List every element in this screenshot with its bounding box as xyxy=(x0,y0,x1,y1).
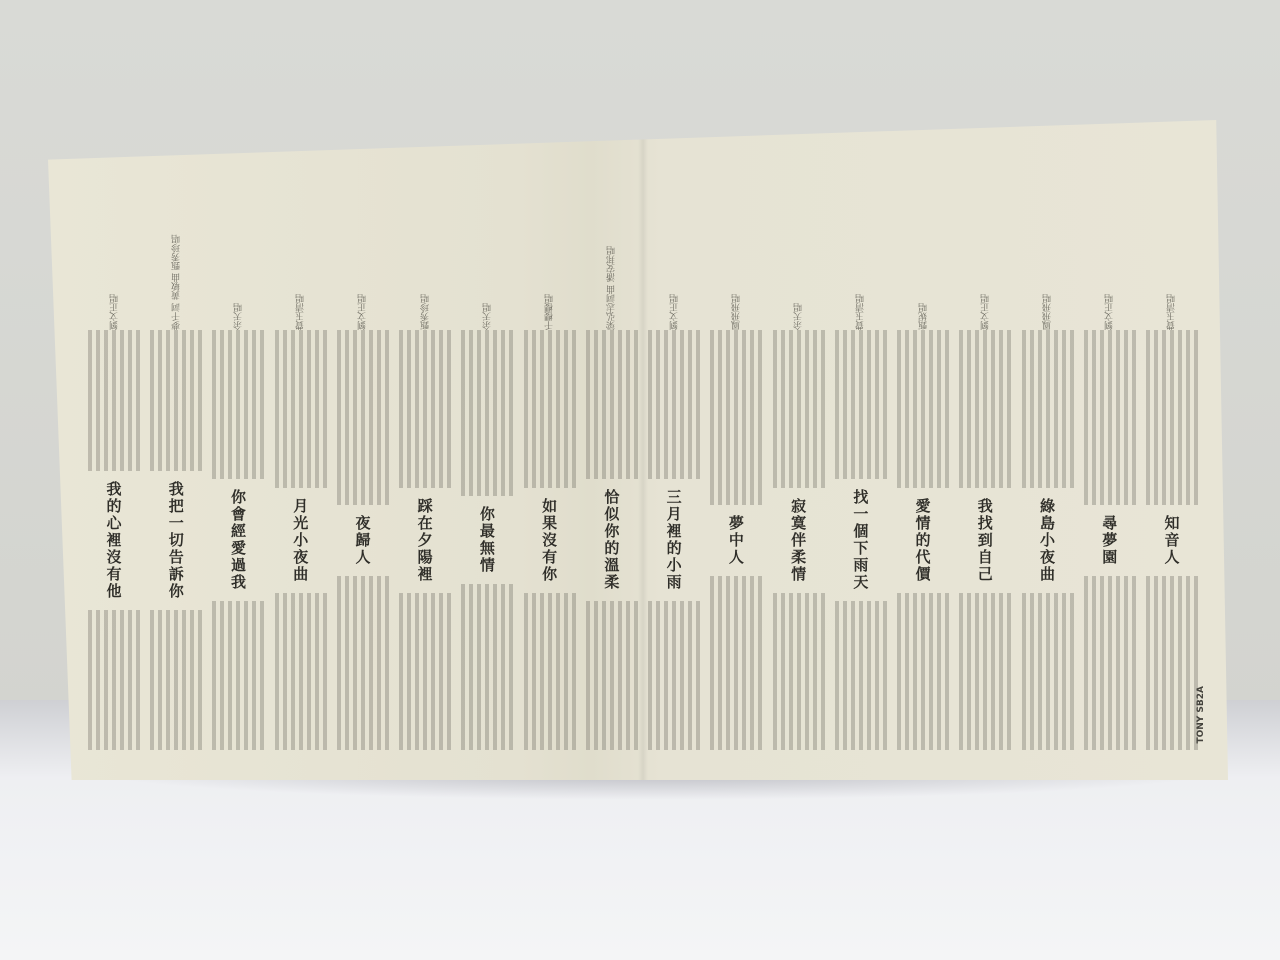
song-title: 我的心裡沒有他 xyxy=(104,481,125,600)
lyric-text xyxy=(88,610,140,751)
lyric-text xyxy=(337,576,389,751)
lyric-text xyxy=(524,330,576,488)
song-entry: 甄秀珍唱踩在夕陽裡 xyxy=(399,160,451,750)
lyric-text xyxy=(1146,330,1198,505)
song-credit: 甄秀珍唱 xyxy=(419,160,432,330)
lyric-text xyxy=(586,601,638,750)
lyric-text xyxy=(1084,576,1136,751)
song-credit: 劉文正唱 xyxy=(1103,160,1116,330)
lyric-text xyxy=(1146,576,1198,751)
lyric-text xyxy=(275,593,327,751)
song-entry: 劉文正唱夜歸人 xyxy=(337,160,389,750)
song-credit: 余天唱 xyxy=(232,160,245,330)
song-entry: 費玉清唱找一個下雨天 xyxy=(835,160,887,750)
song-credit: 費玉清唱 xyxy=(1165,160,1178,330)
song-entry: 余天唱寂寞伴柔情 xyxy=(773,160,825,750)
song-title: 寂寞伴柔情 xyxy=(788,498,809,583)
song-credit: 劉文正唱 xyxy=(108,160,121,330)
lyric-text xyxy=(1022,330,1074,488)
song-title: 恰似你的溫柔 xyxy=(601,489,622,591)
song-title: 知音人 xyxy=(1161,515,1182,566)
lyric-text xyxy=(773,593,825,751)
lyric-text xyxy=(710,576,762,751)
song-title: 月光小夜曲 xyxy=(290,498,311,583)
song-entry: 梁弘志詞曲 潘安邦唱恰似你的溫柔 xyxy=(586,160,638,750)
lyric-text xyxy=(88,330,140,471)
catalog-code: TONY SB2A xyxy=(1196,686,1206,744)
song-title: 你最無情 xyxy=(477,506,498,574)
lyric-text xyxy=(648,330,700,479)
lyric-text xyxy=(835,601,887,750)
song-entry: 劉文正唱尋夢園 xyxy=(1084,160,1136,750)
song-entry: 甄妮唱愛情的代價 xyxy=(897,160,949,750)
song-credit: 費玉清唱 xyxy=(294,160,307,330)
lyric-insert: 劉文正唱我的心裡沒有他夢千詞 黃敏曲 甄秀珍唱我把一切告訴你余天唱你會經愛過我費… xyxy=(48,120,1228,780)
song-entry: 鳳飛飛唱綠島小夜曲 xyxy=(1022,160,1074,750)
song-title: 我找到自己 xyxy=(975,498,996,583)
song-title: 夜歸人 xyxy=(352,515,373,566)
song-entry: 鳳飛飛唱夢中人 xyxy=(710,160,762,750)
lyric-text xyxy=(710,330,762,505)
song-title: 你會經愛過我 xyxy=(228,489,249,591)
song-entry: 千櫻櫻唱如果沒有你 xyxy=(524,160,576,750)
song-credit: 費玉清唱 xyxy=(854,160,867,330)
lyric-text xyxy=(337,330,389,505)
lyric-text xyxy=(897,593,949,751)
song-entry: 余天唱你會經愛過我 xyxy=(212,160,264,750)
song-title: 如果沒有你 xyxy=(539,498,560,583)
song-credit: 甄妮唱 xyxy=(917,160,930,330)
lyric-text xyxy=(524,593,576,751)
lyric-text xyxy=(461,330,513,496)
lyric-text xyxy=(1084,330,1136,505)
lyric-text xyxy=(150,610,202,751)
lyric-text xyxy=(399,330,451,488)
lyric-text xyxy=(275,330,327,488)
song-entry: 余天唱你最無情 xyxy=(461,160,513,750)
lyric-text xyxy=(212,601,264,750)
song-credit: 鳳飛飛唱 xyxy=(730,160,743,330)
lyric-text xyxy=(150,330,202,471)
song-entry: 劉文正唱我的心裡沒有他 xyxy=(88,160,140,750)
lyric-text xyxy=(586,330,638,479)
song-credit: 劉文正唱 xyxy=(668,160,681,330)
song-credit: 劉文正唱 xyxy=(356,160,369,330)
lyric-text xyxy=(1022,593,1074,751)
song-title: 找一個下雨天 xyxy=(850,489,871,591)
lyric-text xyxy=(959,330,1011,488)
song-title: 綠島小夜曲 xyxy=(1037,498,1058,583)
song-credit: 千櫻櫻唱 xyxy=(543,160,556,330)
song-title: 我把一切告訴你 xyxy=(166,481,187,600)
lyric-text xyxy=(212,330,264,479)
song-entry: 夢千詞 黃敏曲 甄秀珍唱我把一切告訴你 xyxy=(150,160,202,750)
song-credit: 鳳飛飛唱 xyxy=(1041,160,1054,330)
lyric-text xyxy=(461,584,513,750)
song-entry: 劉文正唱我找到自己 xyxy=(959,160,1011,750)
song-title: 三月裡的小雨 xyxy=(664,489,685,591)
lyric-text xyxy=(648,601,700,750)
lyric-text xyxy=(835,330,887,479)
song-title: 尋夢園 xyxy=(1099,515,1120,566)
lyric-text xyxy=(897,330,949,488)
song-credit: 梁弘志詞曲 潘安邦唱 xyxy=(605,160,618,330)
song-credit: 余天唱 xyxy=(481,160,494,330)
song-entry: 費玉清唱月光小夜曲 xyxy=(275,160,327,750)
song-credit: 余天唱 xyxy=(792,160,805,330)
song-credit: 夢千詞 黃敏曲 甄秀珍唱 xyxy=(170,160,183,330)
lyric-text xyxy=(959,593,1011,751)
lyric-text xyxy=(399,593,451,751)
song-entry: 劉文正唱三月裡的小雨 xyxy=(648,160,700,750)
song-title: 愛情的代價 xyxy=(913,498,934,583)
lyric-text xyxy=(773,330,825,488)
song-columns: 劉文正唱我的心裡沒有他夢千詞 黃敏曲 甄秀珍唱我把一切告訴你余天唱你會經愛過我費… xyxy=(88,160,1198,750)
song-title: 踩在夕陽裡 xyxy=(415,498,436,583)
song-credit: 劉文正唱 xyxy=(979,160,992,330)
song-title: 夢中人 xyxy=(726,515,747,566)
song-entry: 費玉清唱知音人 xyxy=(1146,160,1198,750)
